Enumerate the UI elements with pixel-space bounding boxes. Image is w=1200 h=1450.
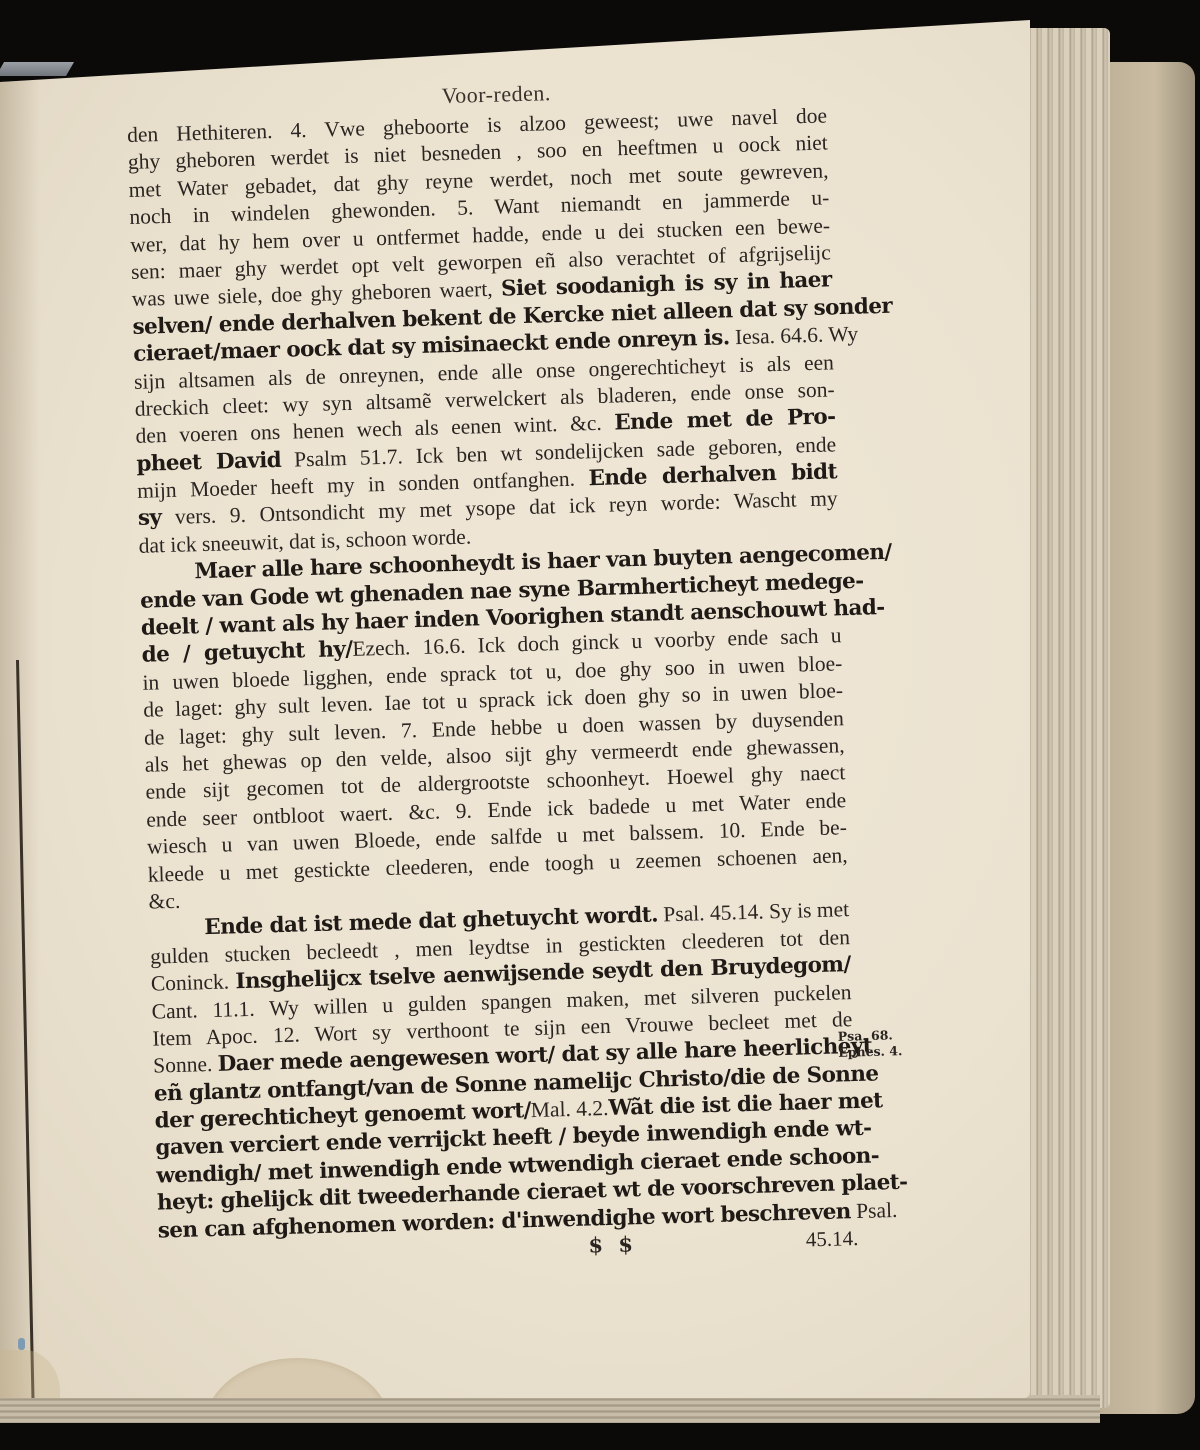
roman-segment: Mal. 4.2. [531,1096,609,1122]
blackletter-segment: Ende met de Pro- [614,405,836,436]
page-block-fore-edge [1020,28,1110,1408]
roman-segment: Psal. 45.14. Sy is met [658,897,850,926]
roman-segment: Psal. [850,1198,897,1223]
roman-segment: Sonne. [153,1052,218,1078]
blackletter-segment: sy [138,506,162,532]
body-lines: den Hethiteren. 4. Vwe gheboorte is alzo… [127,102,858,1244]
blackletter-segment: pheet David [136,448,281,477]
signature-mark: $ $ [588,1231,637,1258]
page-block-bottom-edge [0,1395,1100,1423]
margin-note: Psa. 68. [838,1027,903,1045]
margin-note: Ephes. 4. [838,1043,903,1061]
roman-segment: Coninck. [151,969,236,995]
book-photo: Voor-reden. den Hethiteren. 4. Vwe ghebo… [0,0,1200,1450]
margin-notes: Psa. 68. Ephes. 4. [838,1027,903,1061]
text-block: Voor-reden. den Hethiteren. 4. Vwe ghebo… [126,72,859,1270]
catchword: 45.14. [805,1225,858,1252]
roman-segment: Iesa. 64.6. Wy [729,322,858,350]
left-cover-edge [0,62,74,76]
thread-knot-icon [18,1338,25,1350]
blackletter-segment: de / getuycht hy/ [141,637,352,668]
roman-segment: &c. [148,889,180,914]
